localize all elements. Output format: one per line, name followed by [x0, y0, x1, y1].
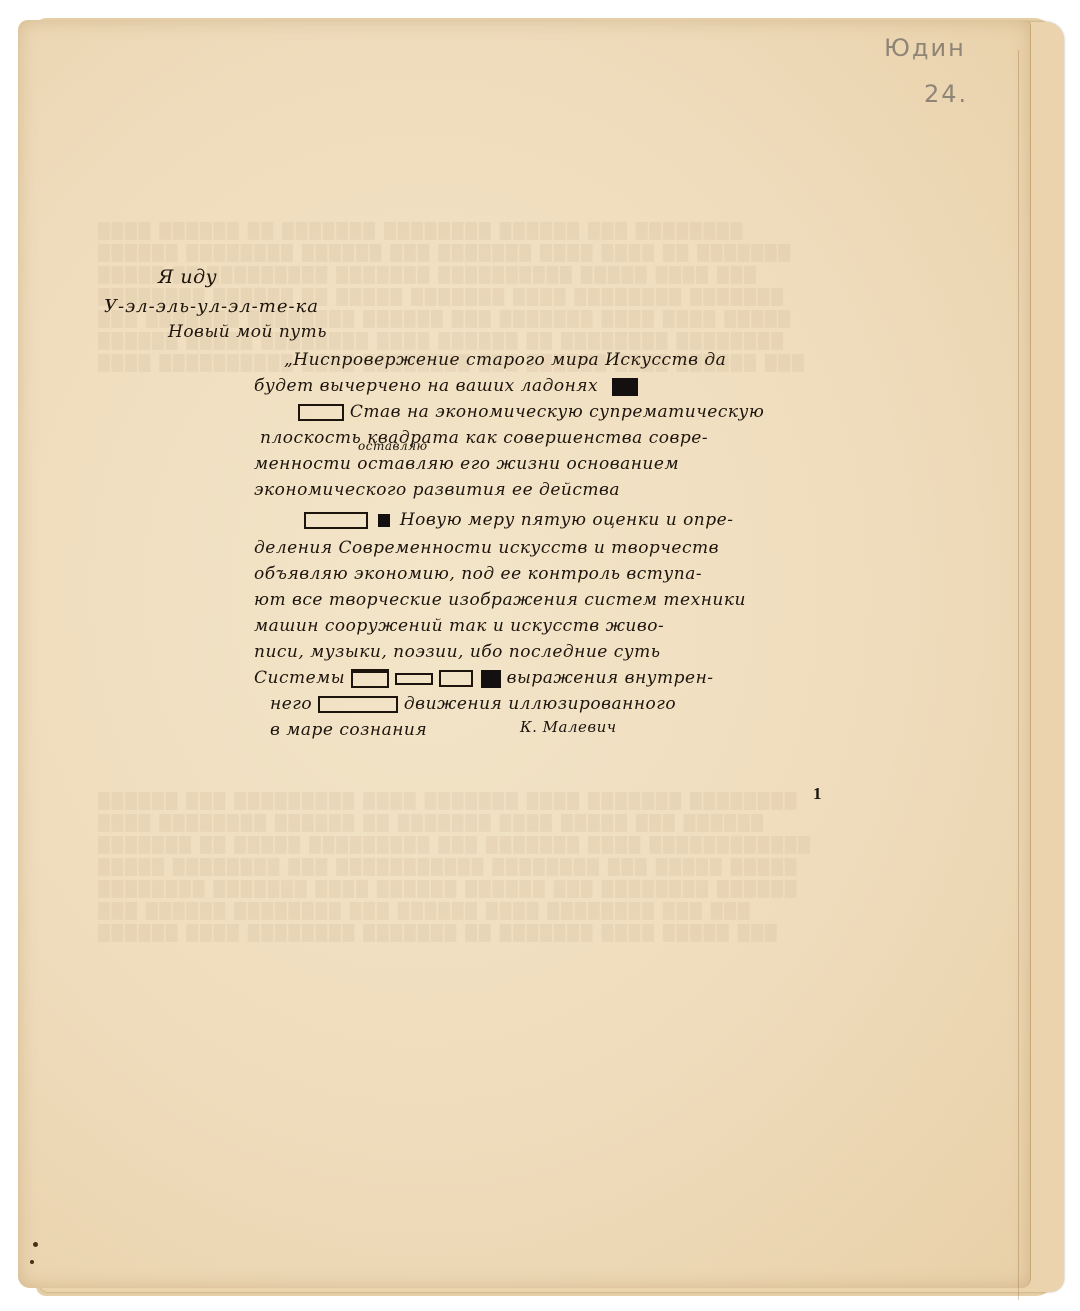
- body-line-13-end: выражения внутрен-: [507, 668, 714, 688]
- body-line-13-start: Системы: [254, 668, 345, 688]
- archive-note-name: Юдин: [884, 34, 966, 62]
- empty-box-2: [304, 512, 368, 529]
- body-line-3: Став на экономическую супрематическую: [350, 402, 764, 422]
- body-line-14-end: движения иллюзированного: [404, 694, 676, 714]
- black-square-1: [612, 378, 638, 396]
- body-line-3-wrap: Став на экономическую супрематическую: [298, 402, 764, 422]
- heading-line-2: У-эл-эль-ул-эл-те-ка: [104, 296, 319, 317]
- body-line-4: плоскость квадрата как совершенства совр…: [260, 428, 708, 448]
- empty-box-6: [318, 696, 398, 713]
- body-line-1: „Ниспровержение старого мира Искусств да: [284, 350, 726, 370]
- body-line-8: деления Современности искусств и творчес…: [254, 538, 719, 558]
- body-line-12: писи, музыки, поэзии, ибо последние суть: [254, 642, 661, 662]
- black-square-3: [481, 670, 501, 688]
- body-line-6: экономического развития ее действа: [254, 480, 620, 500]
- body-line-13-wrap: Системы выражения внутрен-: [254, 668, 714, 688]
- page-number: 1: [813, 784, 822, 804]
- black-square-2: [378, 514, 390, 527]
- body-line-14-wrap: него движения иллюзированного: [270, 694, 676, 714]
- empty-box-4: [395, 673, 433, 685]
- stain: [33, 1242, 38, 1247]
- body-line-9: объявляю экономию, под ее контроль вступ…: [254, 564, 702, 584]
- body-line-7: Новую меру пятую оценки и опре-: [400, 510, 734, 530]
- body-line-2-wrap: будет вычерчено на ваших ладонях: [254, 376, 638, 396]
- body-line-15: в маре сознания: [270, 720, 427, 740]
- bleed-through-text-lower: ██████ ███ █████████ ████ ███████ ████ █…: [98, 790, 1038, 1150]
- empty-box-5: [439, 670, 473, 687]
- empty-box-3: [351, 669, 389, 688]
- body-line-14-start: него: [270, 694, 312, 714]
- stain: [30, 1260, 34, 1264]
- body-line-10: ют все творческие изображения систем тех…: [254, 590, 746, 610]
- archive-note-number: 24.: [924, 80, 968, 108]
- insertion-ostavlyayu: оставляю: [358, 439, 428, 453]
- heading-line-1: Я иду: [158, 266, 217, 288]
- manuscript-page: ████ ██████ ██ ███████ ████████ ██████ █…: [18, 20, 1030, 1288]
- body-line-11: машин сооружений так и искусств живо-: [254, 616, 664, 636]
- manuscript-body: „Ниспровержение старого мира Искусств да…: [254, 350, 814, 750]
- body-line-7-wrap: Новую меру пятую оценки и опре-: [304, 510, 733, 530]
- empty-box-1: [298, 404, 344, 421]
- signature: К. Малевич: [520, 718, 617, 736]
- body-line-2: будет вычерчено на ваших ладонях: [254, 376, 598, 396]
- heading-line-3: Новый мой путь: [168, 322, 327, 342]
- body-line-5-wrap: менности оставляю его жизни основанием: [254, 454, 679, 474]
- body-line-5: менности оставляю его жизни основанием: [254, 454, 679, 474]
